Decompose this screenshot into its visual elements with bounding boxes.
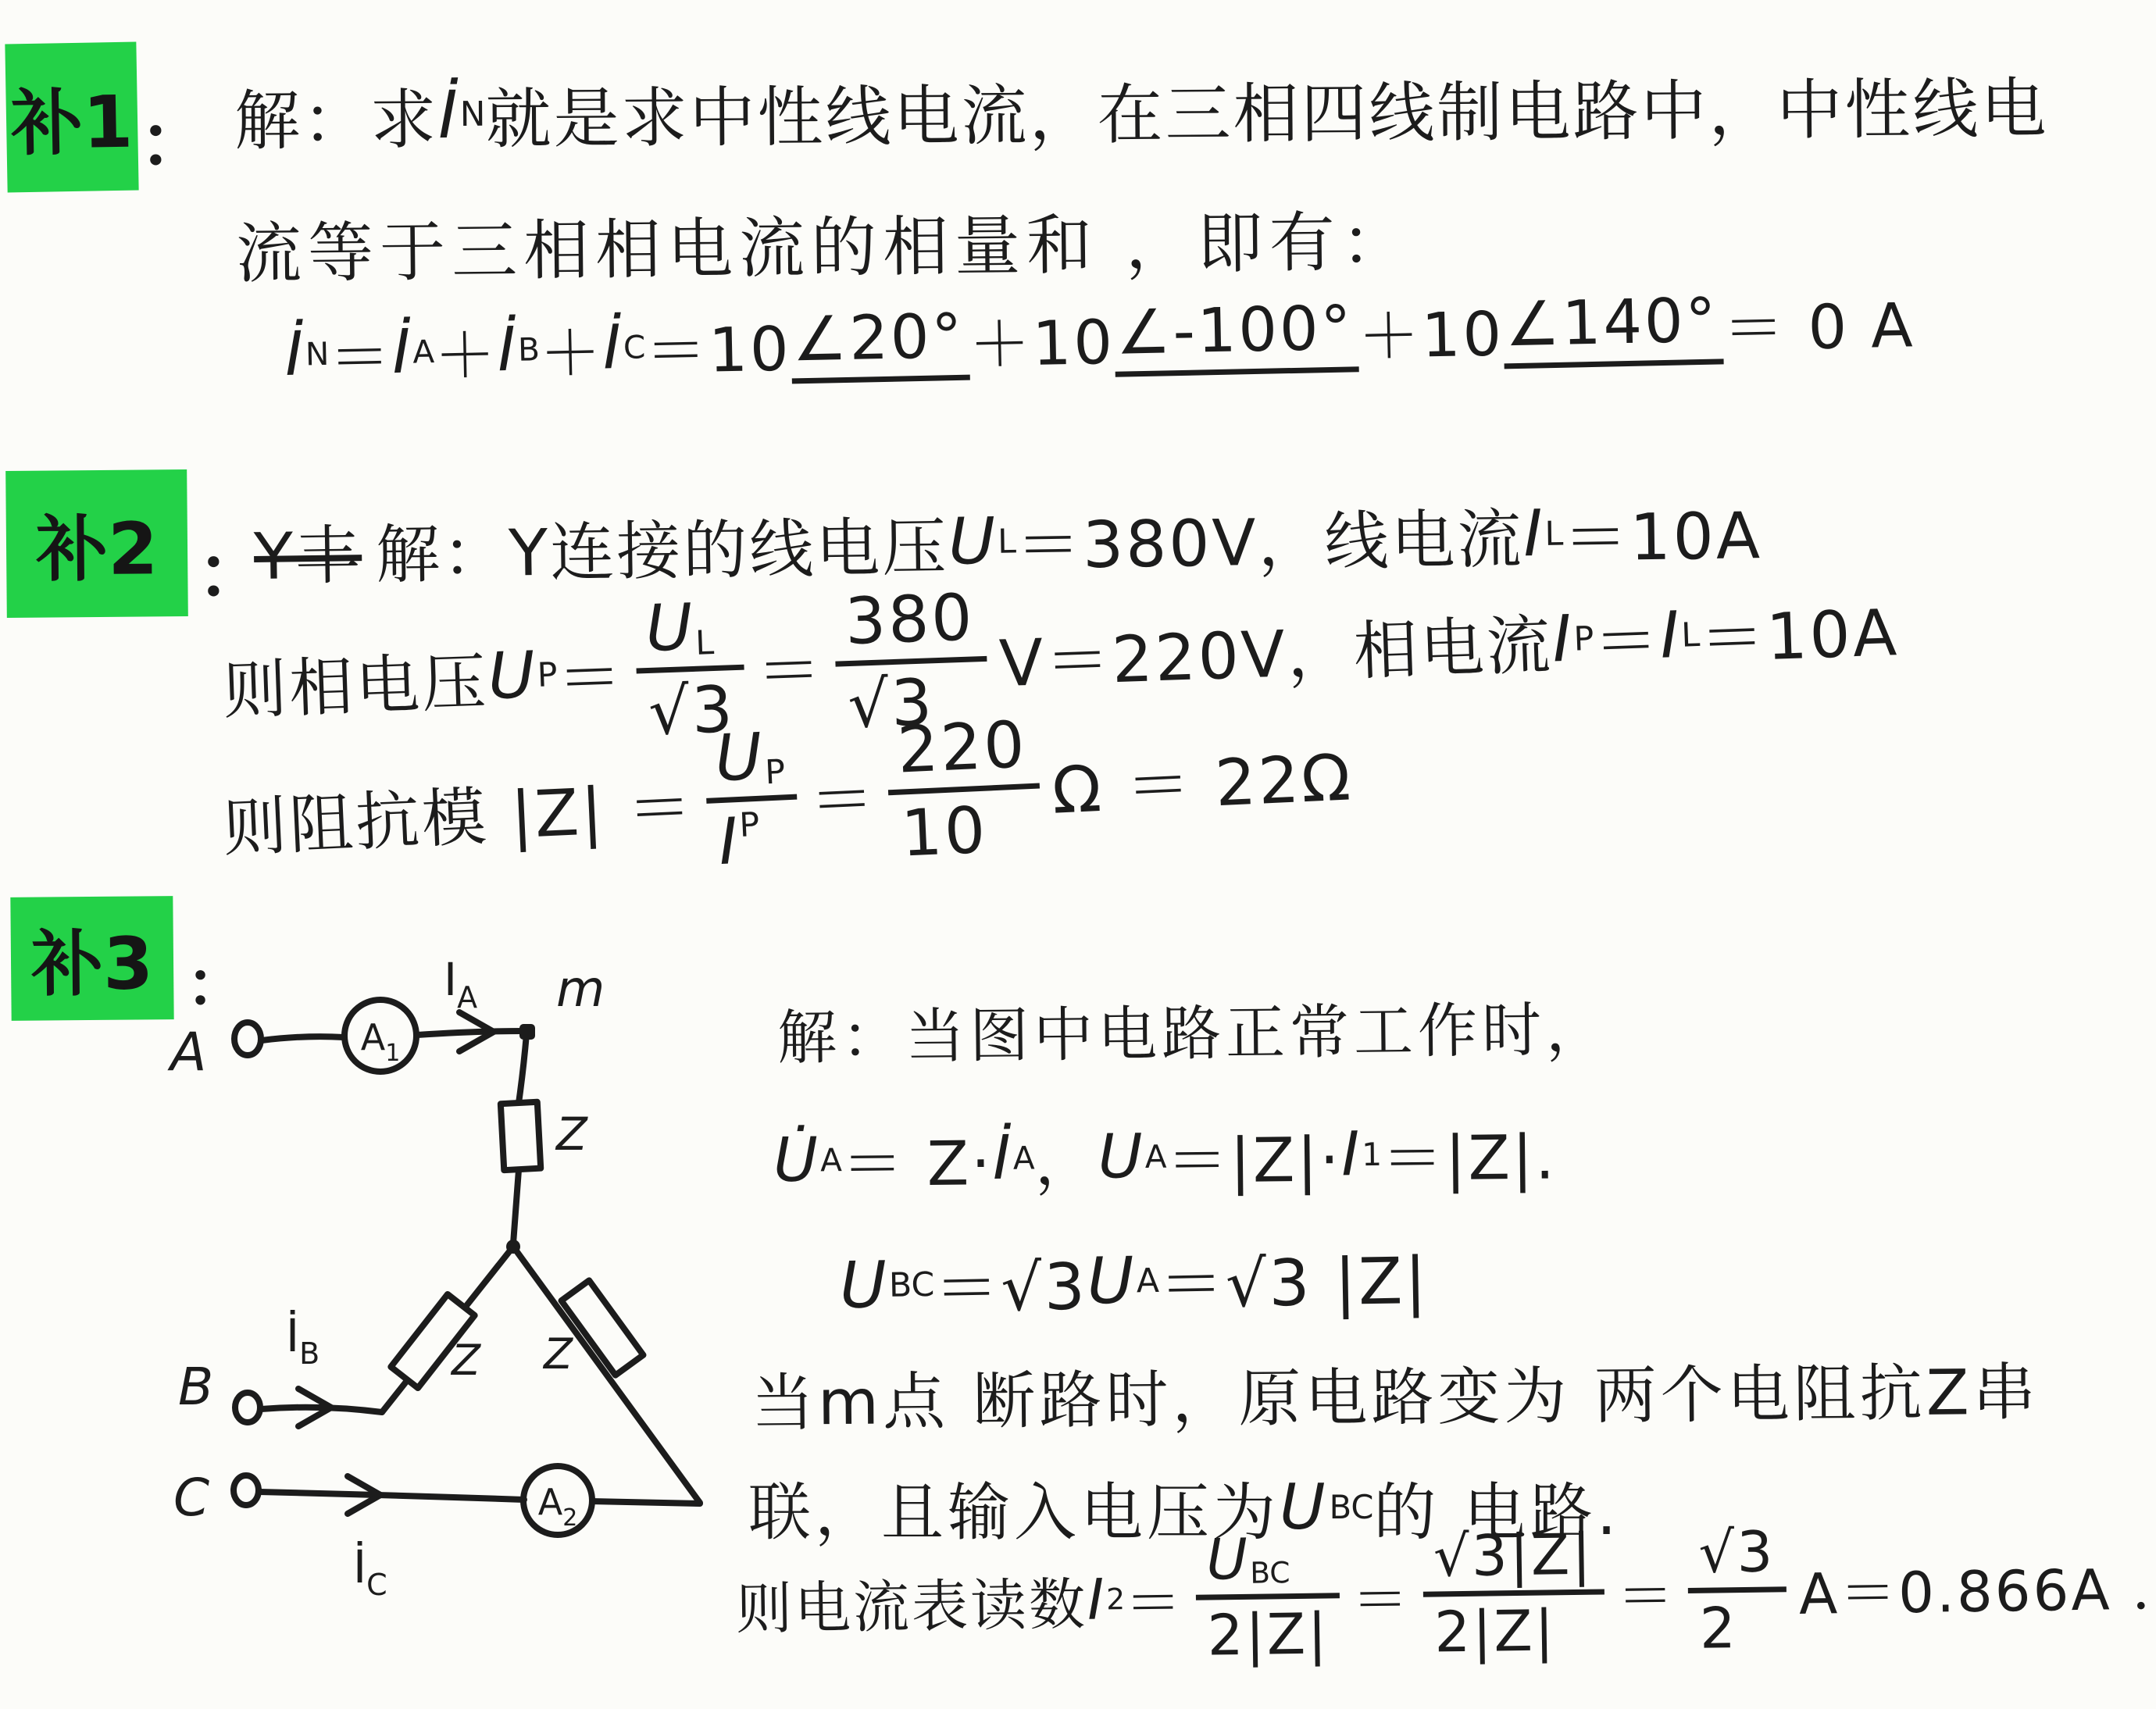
supplement-1-colon: ： <box>139 84 211 187</box>
impedance-z-right-label: Z <box>542 1329 573 1379</box>
supplement-1-label: 补1 <box>10 65 134 170</box>
handwritten-notes-page: { "page": {"bg": "#fcfcf9", "ink": "#1c1… <box>0 0 2156 1709</box>
terminal-b-label: B <box>178 1357 213 1417</box>
terminal-a-label: A <box>167 1022 207 1083</box>
wire-a-right <box>417 1031 525 1035</box>
node-m-label: m <box>556 961 605 1019</box>
wire-a-left <box>262 1036 344 1040</box>
s3-row3: UBC＝√3 UA＝√3 |Z| <box>839 1230 1430 1332</box>
wire-right-branch <box>513 1247 700 1503</box>
supplement-2-label: 补2 <box>35 491 158 595</box>
terminal-b <box>235 1393 260 1422</box>
wire-c-right <box>592 1501 700 1504</box>
impedance-z-left-label: Z <box>450 1336 481 1385</box>
terminal-c-label: C <box>173 1468 209 1528</box>
s1-equation: İN ＝ İA＋İB＋İC＝10∠20°＋10∠-100°＋10∠140° ＝ … <box>284 277 1916 398</box>
s3-row4: 当m点 断路时，原电路变为 两个电阻抗Z串 <box>751 1342 2040 1443</box>
current-ic-label: İC <box>353 1540 387 1602</box>
supplement-2-highlight: 补2 <box>5 469 188 618</box>
s1-line1: 解：求 İN 就是求中性线电流，在三相四线制电路中，中性线电 <box>234 56 2049 163</box>
ammeter-1-label: A1 <box>361 1016 401 1067</box>
s3-row1: 解：当图中电路正常工作时， <box>776 982 1610 1076</box>
wire-z-to-node <box>513 1170 519 1243</box>
impedance-z-top <box>501 1102 541 1170</box>
circuit-diagram: A A1 İA m Z Z Z B İB C A2 İC <box>47 961 750 1703</box>
terminal-a <box>234 1022 261 1055</box>
wire-m-down <box>519 1034 527 1103</box>
s1-line2: 流等于三相相电流的相量和 ，即有： <box>235 189 1413 296</box>
terminal-c <box>234 1475 259 1505</box>
current-ib-label: İB <box>286 1309 319 1371</box>
s3-row2: U̇A＝ Z·İA ，UA＝|Z|·I1＝|Z|. <box>773 1109 1557 1204</box>
ammeter-2-label: A2 <box>538 1481 578 1532</box>
wire-c-left <box>259 1492 524 1500</box>
supplement-1-highlight: 补1 <box>5 42 138 193</box>
impedance-z-top-label: Z <box>555 1108 588 1161</box>
current-ia-label: İA <box>444 961 477 1015</box>
s3-row6: 则电流表读数 I2＝UBC2|Z| ＝ √3|Z|2|Z| ＝ √32A＝0.8… <box>735 1517 2156 1672</box>
